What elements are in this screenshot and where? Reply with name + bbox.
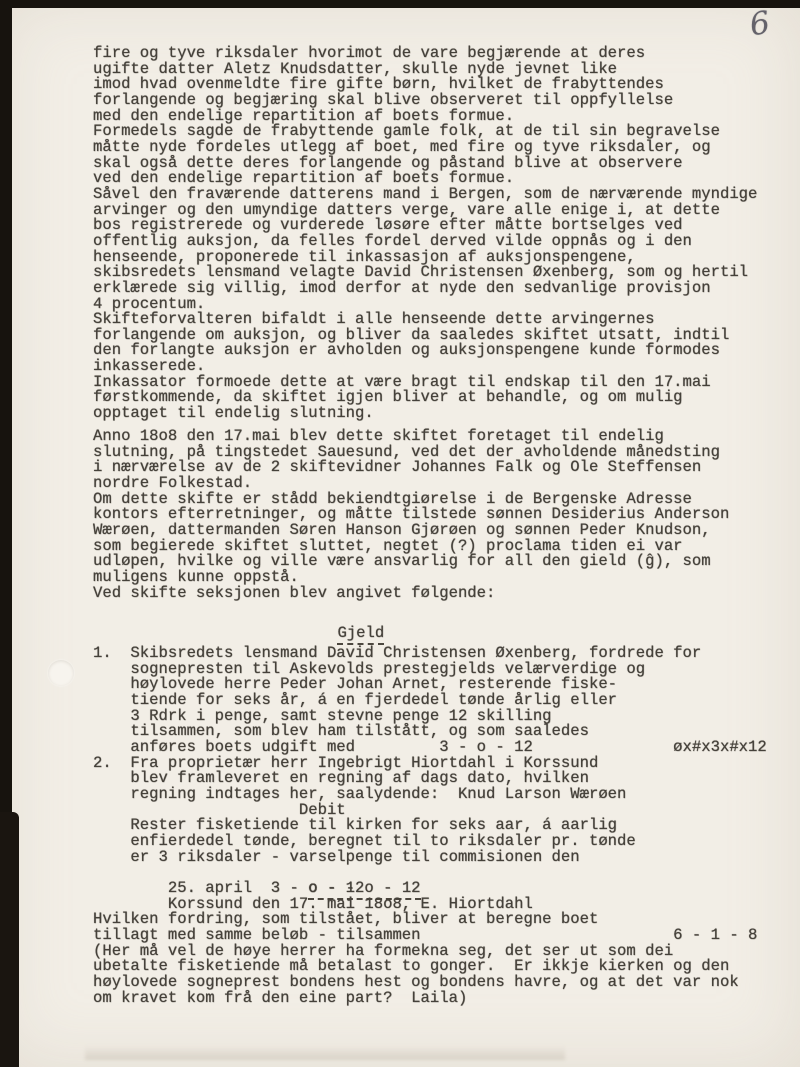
paragraph-anno-1808-session: Anno 18o8 den 17.mai blev dette skiftet … (93, 429, 729, 601)
gjeld-total-and-closing-remarks: 3 - o - 12 Korssund den 17. mai 18o8, E.… (93, 881, 757, 1006)
handwritten-page-number: 6 (747, 5, 772, 44)
gjeld-heading-text: Gjeld (337, 624, 384, 645)
punch-hole (48, 660, 74, 686)
gjeld-items-list: 1. Skibsredets lensmand David Christense… (93, 646, 767, 865)
scanned-document-page: 6 fire og tyve riksdaler hvorimot de var… (0, 0, 800, 1067)
paper-smudge (85, 1046, 565, 1060)
paragraph-settlement-terms: fire og tyve riksdaler hvorimot de vare … (93, 46, 757, 422)
scan-edge-left-lower (0, 812, 19, 1067)
scan-edge-top (0, 0, 800, 8)
